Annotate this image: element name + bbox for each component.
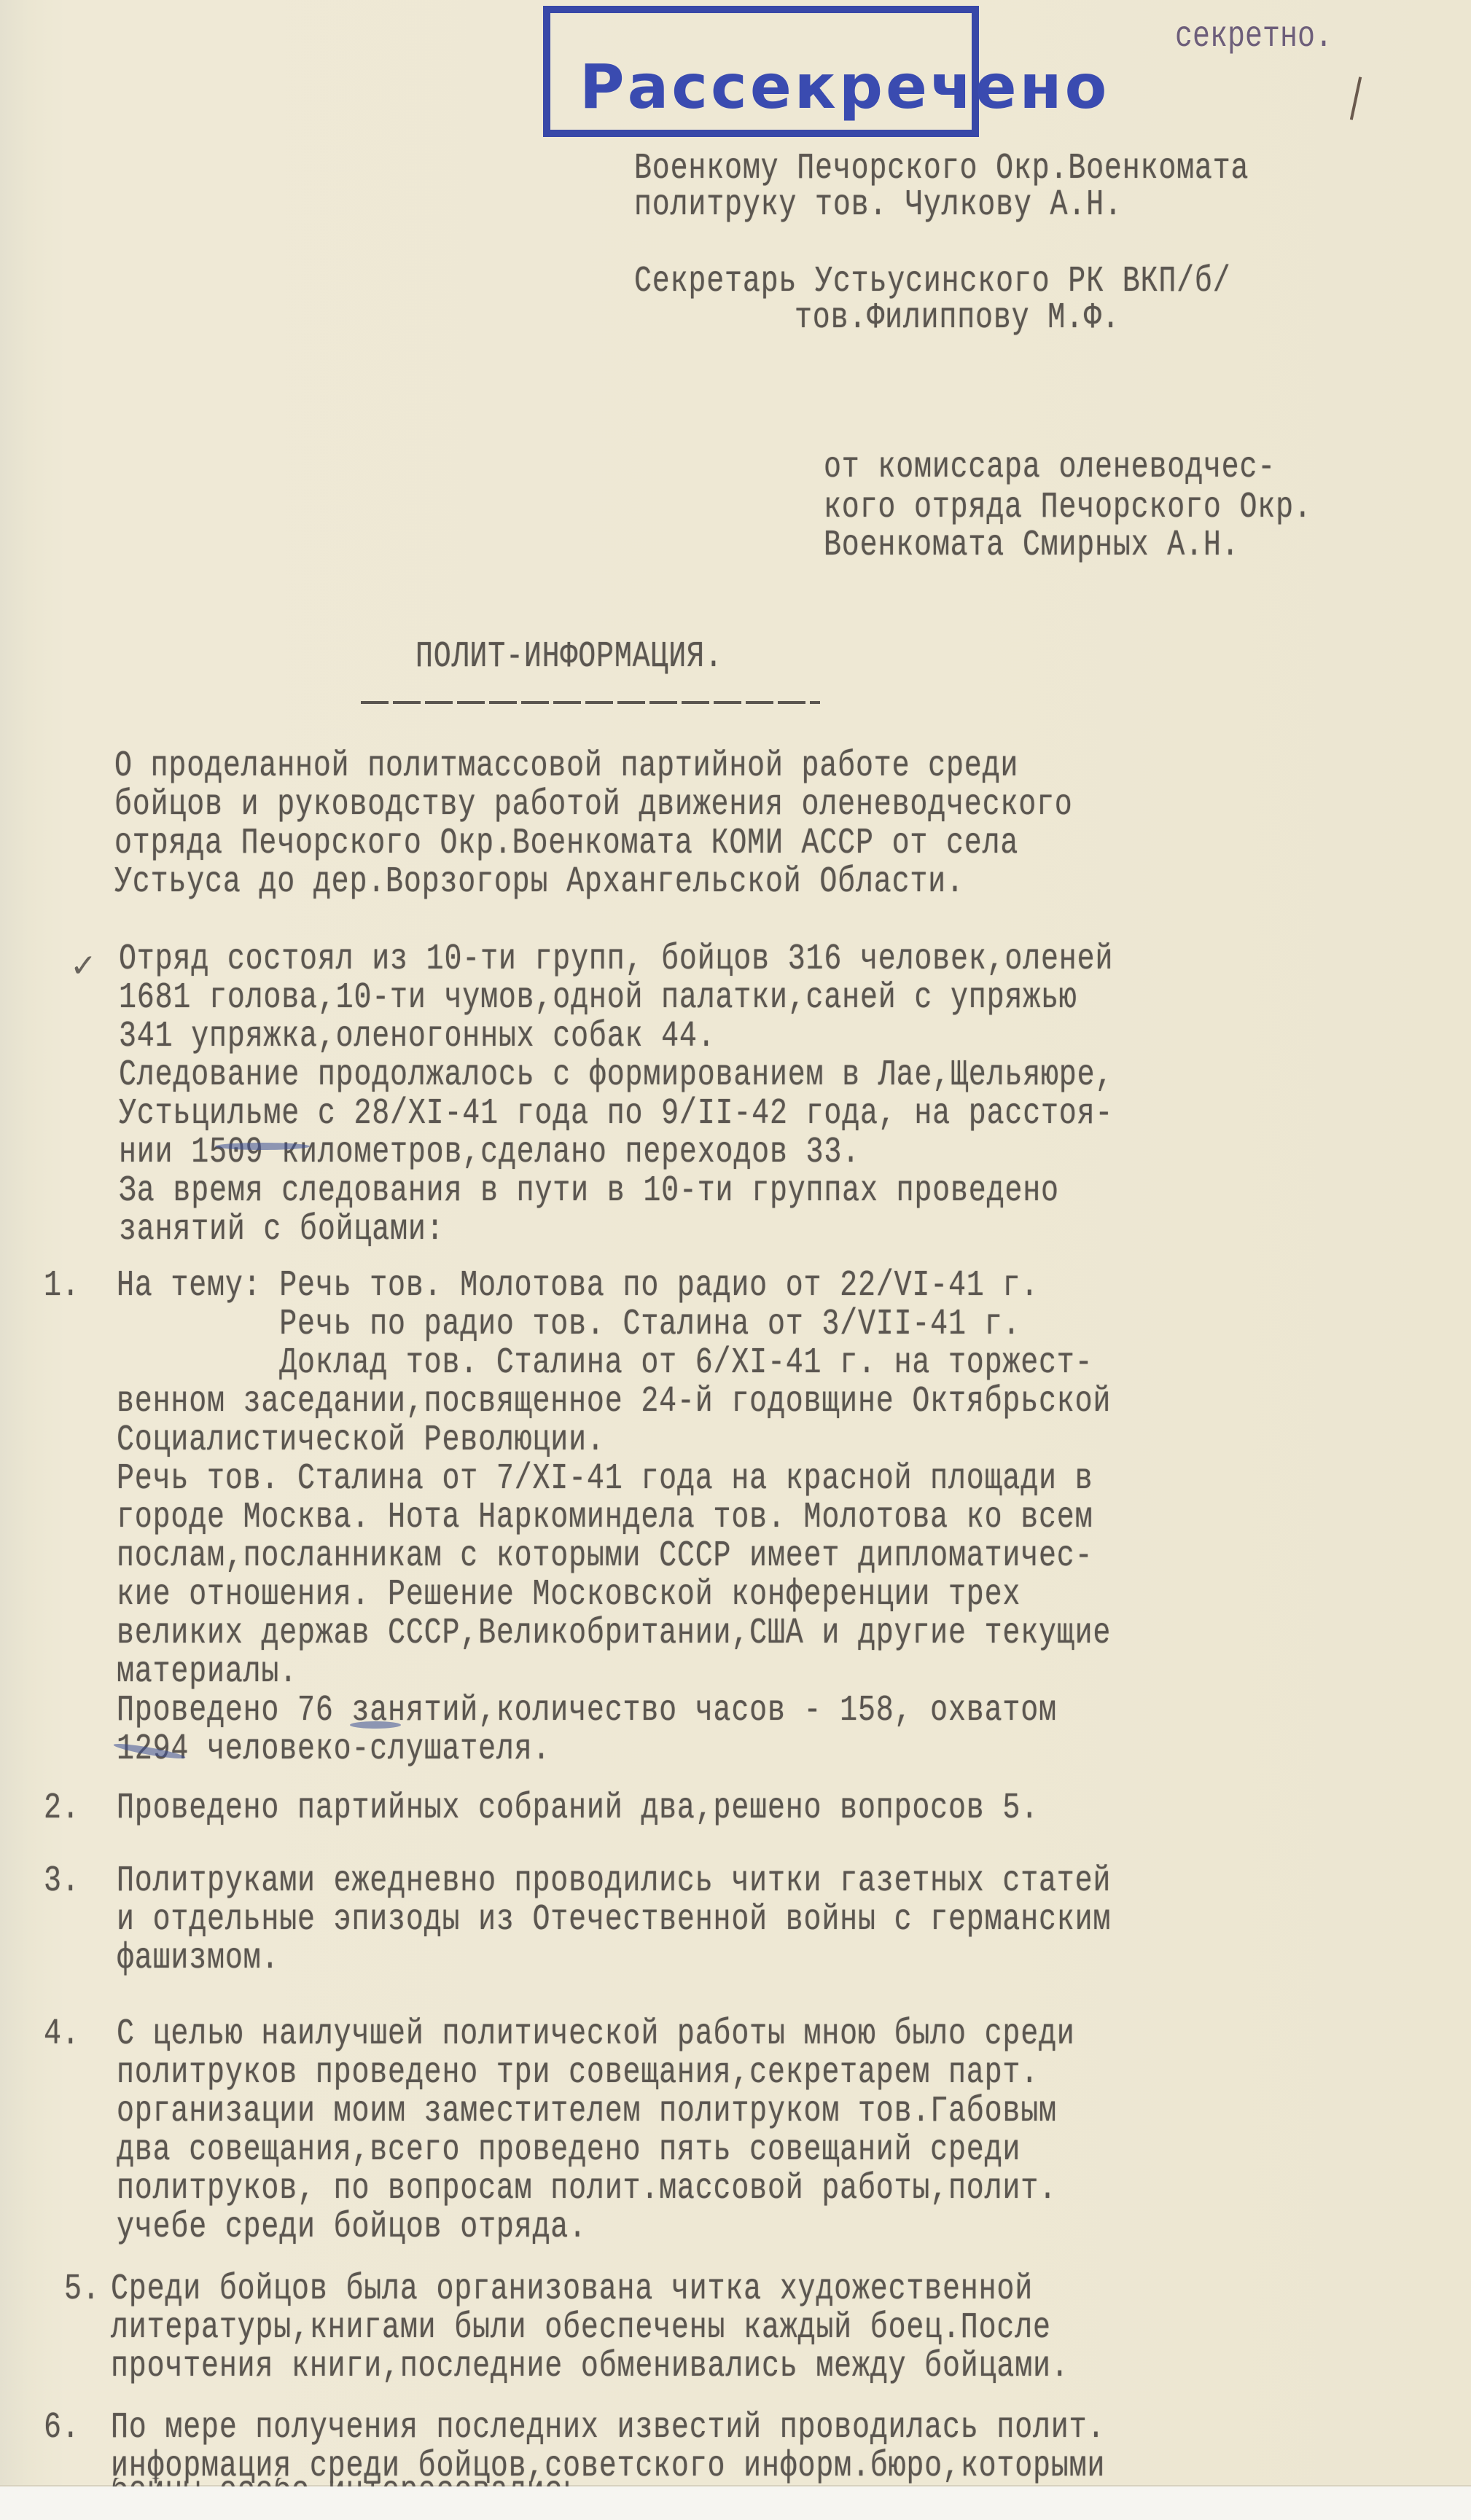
stamp-label: Рассекречено	[580, 51, 1109, 122]
item-line: Доклад тов. Сталина от 6/XI-41 г. на тор…	[117, 1344, 1093, 1382]
item-line: На тему: Речь тов. Молотова по радио от …	[117, 1267, 1039, 1305]
item-line: венном заседании,посвященное 24-й годовщ…	[117, 1382, 1111, 1421]
item-line: бойцы особо интересовались	[111, 2478, 581, 2486]
item-line: Проведено партийных собраний два,решено …	[117, 1789, 1039, 1828]
intro-line: О проделанной политмассовой партийной ра…	[114, 747, 1018, 786]
document-title: ПОЛИТ-ИНФОРМАЦИЯ.	[415, 638, 723, 676]
summary-line: занятий с бойцами:	[119, 1210, 444, 1249]
item-line: политруков проведено три совещания,секре…	[117, 2054, 1039, 2092]
item-number: 4.	[44, 2015, 80, 2054]
handwritten-slash	[1350, 77, 1362, 120]
item-line: прочтения книги,последние обменивались м…	[111, 2347, 1069, 2386]
summary-line: Следование продолжалось с формированием …	[119, 1056, 1113, 1095]
item-line: великих держав СССР,Великобритании,США и…	[117, 1614, 1111, 1653]
summary-line: нии 1509 километров,сделано переходов 33…	[119, 1133, 860, 1172]
addressee-line: тов.Филиппову М.Ф.	[795, 299, 1120, 337]
intro-line: бойцов и руководству работой движения ол…	[114, 786, 1073, 824]
summary-line: За время следования в пути в 10-ти групп…	[119, 1172, 1059, 1210]
item-line: Среди бойцов была организована читка худ…	[111, 2270, 1033, 2309]
item-line: 1294 человеко-слушателя.	[117, 1730, 550, 1769]
declassified-stamp: Рассекречено	[543, 6, 979, 137]
sender-line: кого отряда Печорского Окр.	[824, 488, 1312, 527]
item-line: и отдельные эпизоды из Отечественной вой…	[117, 1901, 1111, 1939]
item-line: литературы,книгами были обеспечены кажды…	[111, 2309, 1051, 2347]
item-line: Речь по радио тов. Сталина от 3/VII-41 г…	[117, 1305, 1021, 1344]
item-line: кие отношения. Решение Московской конфер…	[117, 1576, 1021, 1614]
classification-mark: секретно.	[1175, 16, 1333, 58]
sender-line: Военкомата Смирных А.Н.	[824, 526, 1240, 565]
summary-line: 341 упряжка,оленогонных собак 44.	[119, 1017, 716, 1056]
summary-line: 1681 голова,10-ти чумов,одной палатки,са…	[119, 979, 1077, 1017]
summary-line: Отряд состоял из 10-ти групп, бойцов 316…	[119, 940, 1113, 979]
addressee-line: Секретарь Устьусинского РК ВКП/б/	[634, 262, 1231, 301]
blue-pencil-underline	[215, 1143, 310, 1150]
item-line: городе Москва. Нота Наркоминдела тов. Мо…	[117, 1498, 1093, 1537]
item-line: Социалистической Революции.	[117, 1421, 605, 1460]
pencil-check-icon: ✓	[70, 947, 97, 985]
item-number: 6.	[44, 2409, 80, 2447]
item-line: организации моим заместителем политруком…	[117, 2092, 1057, 2131]
item-number: 3.	[44, 1862, 80, 1901]
document-page: Рассекречено секретно. Военкому Печорско…	[0, 0, 1471, 2486]
item-number: 5.	[64, 2270, 101, 2309]
item-line: Речь тов. Сталина от 7/XI-41 года на кра…	[117, 1460, 1093, 1498]
scan-background	[0, 2486, 1471, 2520]
item-line: два совещания,всего проведено пять совещ…	[117, 2131, 1021, 2169]
item-line: фашизмом.	[117, 1939, 279, 1978]
item-line: послам,посланникам с которыми СССР имеет…	[117, 1537, 1093, 1576]
item-line: политруков, по вопросам полит.массовой р…	[117, 2169, 1057, 2208]
item-line: учебе среди бойцов отряда.	[117, 2208, 587, 2247]
intro-line: Устьуса до дер.Ворзогоры Архангельской О…	[114, 863, 964, 901]
item-line: материалы.	[117, 1653, 297, 1691]
item-line: Проведено 76 занятий,количество часов - …	[117, 1691, 1057, 1730]
cut-off-line-clip: бойцы особо интересовались	[0, 2478, 1471, 2486]
addressee-line: политруку тов. Чулкову А.Н.	[634, 186, 1123, 224]
intro-line: отряда Печорского Окр.Военкомата КОМИ АС…	[114, 824, 1018, 863]
item-line: По мере получения последних известий про…	[111, 2409, 1105, 2447]
sender-line: от комиссара оленеводчес-	[824, 448, 1276, 487]
addressee-line: Военкому Печорского Окр.Военкомата	[634, 149, 1249, 188]
item-line: С целью наилучшей политической работы мн…	[117, 2015, 1075, 2054]
blue-pencil-underline	[350, 1721, 401, 1729]
item-number: 1.	[44, 1267, 80, 1305]
summary-line: Устьцильме с 28/XI-41 года по 9/II-42 го…	[119, 1095, 1113, 1133]
item-line: Политруками ежедневно проводились читки …	[117, 1862, 1111, 1901]
item-number: 2.	[44, 1789, 80, 1828]
title-underline	[361, 701, 820, 704]
